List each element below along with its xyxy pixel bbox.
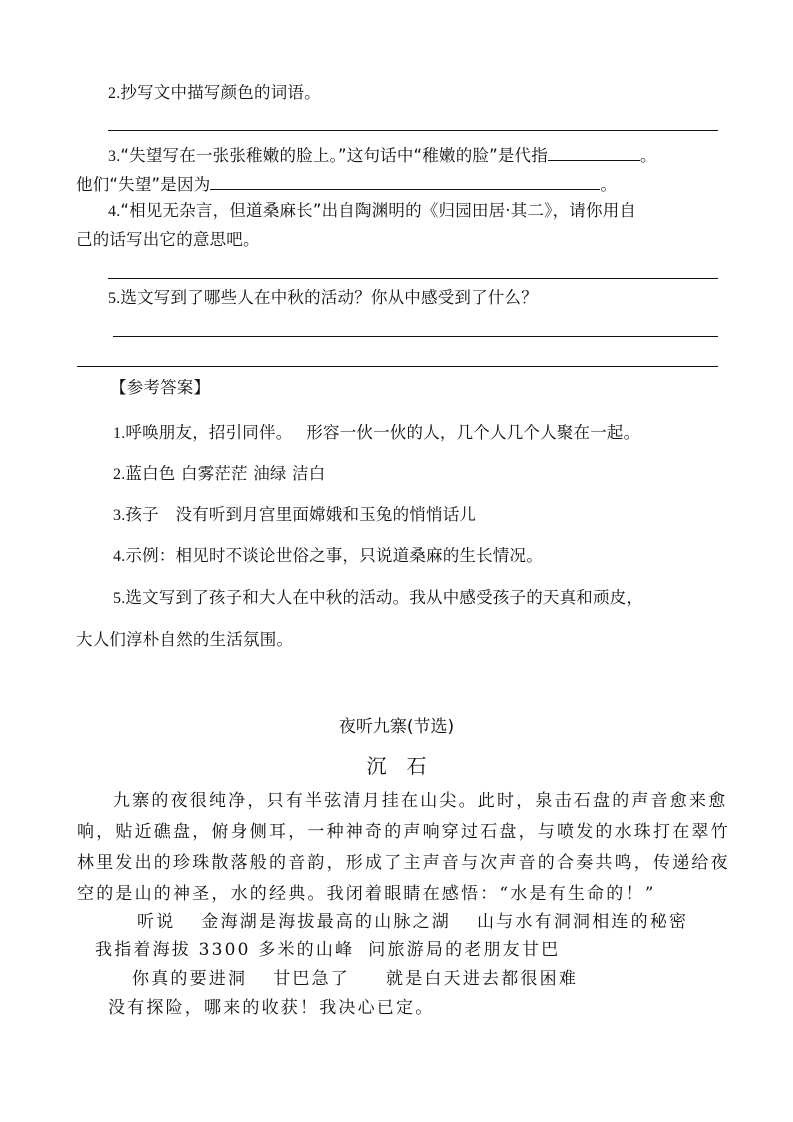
- text-segment: 就是白天进去都很困难: [386, 969, 578, 989]
- text-segment: 我指着海拔 3300 多米的山峰: [95, 940, 354, 960]
- question-text: 抄写文中描写颜色的词语。: [120, 83, 320, 102]
- question-text: 选文写到了哪些人在中秋的活动？你从中感受到了什么？: [120, 288, 538, 307]
- question-number: 3.: [108, 148, 120, 165]
- answer-text: 蓝白色 白雾茫茫 油绿 洁白: [125, 464, 325, 483]
- question-text: 他们“失望”是因为: [76, 175, 210, 194]
- answer-text: 示例：相见时不谈论世俗之事，只说道桑麻的生长情况。: [125, 546, 543, 565]
- dialogue-line-5: 听说金海湖是海拔最高的山脉之湖山与水有洞洞相连的秘密: [137, 907, 688, 938]
- passage-author: 沉石: [0, 750, 793, 779]
- answer-item-5-line1: 5.选文写到了孩子和大人在中秋的活动。我从中感受孩子的天真和顽皮，: [113, 588, 643, 609]
- answer-number: 4.: [113, 548, 125, 565]
- text-segment: 金海湖是海拔最高的山脉之湖: [201, 912, 451, 932]
- answer-number: 3.: [113, 507, 125, 524]
- text-segment: 甘巴急了: [273, 969, 350, 989]
- text-segment: 你真的要进洞: [132, 969, 247, 989]
- answer-item-1: 1.呼唤朋友，招引同伴。 形容一伙一伙的人，几个人几个人聚在一起。: [113, 423, 640, 444]
- paragraph-line: 林里发出的珍珠散落般的音韵，形成了主声音与次声音的合奏共鸣，传递给夜: [77, 848, 730, 879]
- text-segment: 听说: [137, 912, 175, 932]
- answer-line[interactable]: [108, 278, 718, 279]
- answer-number: 1.: [113, 425, 125, 442]
- answer-item-2: 2.蓝白色 白雾茫茫 油绿 洁白: [113, 464, 325, 485]
- answers-heading: 【参考答案】: [110, 378, 210, 398]
- fill-blank[interactable]: [210, 172, 600, 190]
- question-4-line1: 4.“相见无杂言，但道桑麻长”出自陶渊明的《归园田居·其二》，请你用自: [108, 201, 636, 222]
- text-segment: 问旅游局的老朋友甘巴: [368, 940, 560, 960]
- answer-line[interactable]: [113, 336, 718, 337]
- answer-number: 2.: [113, 466, 125, 483]
- punctuation: 。: [600, 175, 617, 194]
- paragraph-line: 响，贴近礁盘，俯身侧耳，一种神奇的声响穿过石盘，与喷发的水珠打在翠竹: [77, 817, 730, 848]
- text-segment: 山与水有洞洞相连的秘密: [477, 912, 688, 932]
- question-2: 2.抄写文中描写颜色的词语。: [108, 83, 321, 104]
- question-3-line2: 他们“失望”是因为。: [76, 172, 617, 195]
- question-number: 2.: [108, 85, 120, 102]
- paragraph-line: 九寨的夜很纯净，只有半弦清月挂在山尖。此时，泉击石盘的声音愈来愈: [113, 786, 727, 817]
- fill-blank[interactable]: [548, 143, 640, 161]
- answer-item-4: 4.示例：相见时不谈论世俗之事，只说道桑麻的生长情况。: [113, 546, 543, 567]
- answer-text: 呼唤朋友，招引同伴。 形容一伙一伙的人，几个人几个人聚在一起。: [125, 423, 640, 442]
- question-text: “相见无杂言，但道桑麻长”出自陶渊明的《归园田居·其二》，请你用自: [120, 201, 636, 220]
- question-text: “失望写在一张张稚嫩的脸上。”这句话中“稚嫩的脸”是代指: [120, 146, 548, 165]
- dialogue-line-8: 没有探险，哪来的收获！我决心已定。: [108, 993, 434, 1024]
- question-3-line1: 3.“失望写在一张张稚嫩的脸上。”这句话中“稚嫩的脸”是代指。: [108, 143, 657, 167]
- paragraph-line: 空的是山的神圣，水的经典。我闭着眼睛在感悟：“水是有生命的！”: [77, 879, 656, 910]
- answer-text: 孩子 没有听到月宫里面嫦娥和玉兔的悄悄话儿: [125, 505, 476, 524]
- question-5: 5.选文写到了哪些人在中秋的活动？你从中感受到了什么？: [108, 288, 538, 309]
- answer-number: 5.: [113, 590, 125, 607]
- dialogue-line-7: 你真的要进洞甘巴急了就是白天进去都很困难: [132, 964, 578, 995]
- answer-line[interactable]: [77, 366, 718, 367]
- question-number: 4.: [108, 203, 120, 220]
- dialogue-line-6: 我指着海拔 3300 多米的山峰问旅游局的老朋友甘巴: [95, 935, 560, 966]
- passage-title: 夜听九寨(节选): [0, 712, 793, 737]
- answer-text: 选文写到了孩子和大人在中秋的活动。我从中感受孩子的天真和顽皮，: [125, 588, 643, 607]
- question-text: 己的话写出它的意思吧。: [76, 230, 260, 249]
- question-4-line2: 己的话写出它的意思吧。: [76, 230, 260, 250]
- answer-line[interactable]: [108, 130, 718, 131]
- answer-item-5-line2: 大人们淳朴自然的生活氛围。: [76, 630, 293, 650]
- question-number: 5.: [108, 290, 120, 307]
- answer-item-3: 3.孩子 没有听到月宫里面嫦娥和玉兔的悄悄话儿: [113, 505, 476, 526]
- punctuation: 。: [640, 146, 657, 165]
